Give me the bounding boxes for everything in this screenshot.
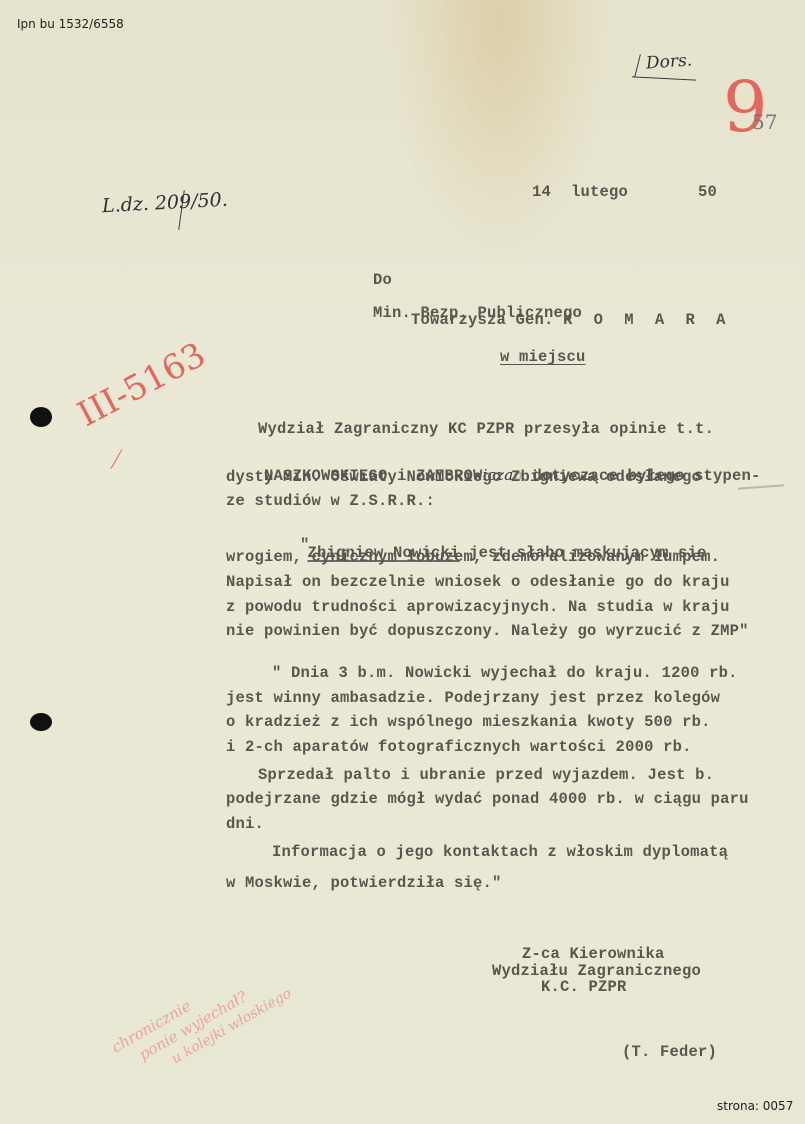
- recipient-ministry: Min. Bezp. Publicznego: [373, 302, 582, 324]
- quote-2-line-6: podejrzane gdzie mógł wydać ponad 4000 r…: [226, 788, 749, 810]
- red-pencil-stroke: [111, 449, 123, 469]
- quote-2-line-8: Informacja o jego kontaktach z włoskim d…: [272, 841, 728, 863]
- signatory-name: (T. Feder): [622, 1041, 717, 1063]
- folio-pencil-number: 57: [752, 110, 777, 134]
- letter-date-year: 50: [698, 181, 717, 203]
- place-line: w miejscu: [500, 346, 586, 368]
- margin-note: chronicznie ponie wyjechał? u kolejki wł…: [108, 949, 295, 1092]
- quote-1-line-2: wrogiem, cynicznym łobuzem, zdemoralizow…: [226, 546, 720, 568]
- archive-reference: Ipn bu 1532/6558: [17, 17, 124, 31]
- quote-1-line-3: Napisał on bezczelnie wniosek o odesłani…: [226, 571, 730, 593]
- journal-reference-number: L.dz. 209/50.: [102, 189, 229, 218]
- quote-2-line-5: Sprzedał palto i ubranie przed wyjazdem.…: [258, 764, 714, 786]
- quote-2-line-3: o kradzież z ich wspólnego mieszkania kw…: [226, 711, 711, 733]
- intro-line-1: Wydział Zagraniczny KC PZPR przesyła opi…: [258, 418, 714, 440]
- quote-2-line-2: jest winny ambasadzie. Podejrzany jest p…: [226, 687, 720, 709]
- punch-hole-bottom: [30, 713, 52, 731]
- quote-1-line-4: z powodu trudności aprowizacyjnych. Na s…: [226, 596, 730, 618]
- recipient-name: K O M A R A: [563, 311, 731, 329]
- quote-2-line-1: " Dnia 3 b.m. Nowicki wyjechał do kraju.…: [272, 662, 738, 684]
- quote-2-line-7: dni.: [226, 813, 264, 835]
- dors-annotation: Dors.: [645, 50, 692, 73]
- quote-2-line-4: i 2-ch aparatów fotograficznych wartości…: [226, 736, 692, 758]
- dors-tick: [634, 54, 641, 78]
- red-register-number: III-5163: [71, 335, 212, 435]
- intro-line-3: dysty Min. Oświaty Nowickiego Zbigniewa …: [226, 466, 701, 488]
- quote-2-line-9: w Moskwie, potwierdziła się.": [226, 872, 502, 894]
- punch-hole-top: [30, 407, 52, 427]
- signature-title-3: K.C. PZPR: [541, 976, 627, 998]
- quote-1-line-5: nie powinien być dopuszczony. Należy go …: [226, 620, 749, 642]
- intro-line-4: ze studiów w Z.S.R.R.:: [226, 490, 435, 512]
- letter-date-month: lutego: [571, 181, 628, 203]
- page-number: strona: 0057: [717, 1099, 793, 1113]
- letter-date-day: 14: [532, 181, 551, 203]
- dors-underline: [632, 76, 696, 80]
